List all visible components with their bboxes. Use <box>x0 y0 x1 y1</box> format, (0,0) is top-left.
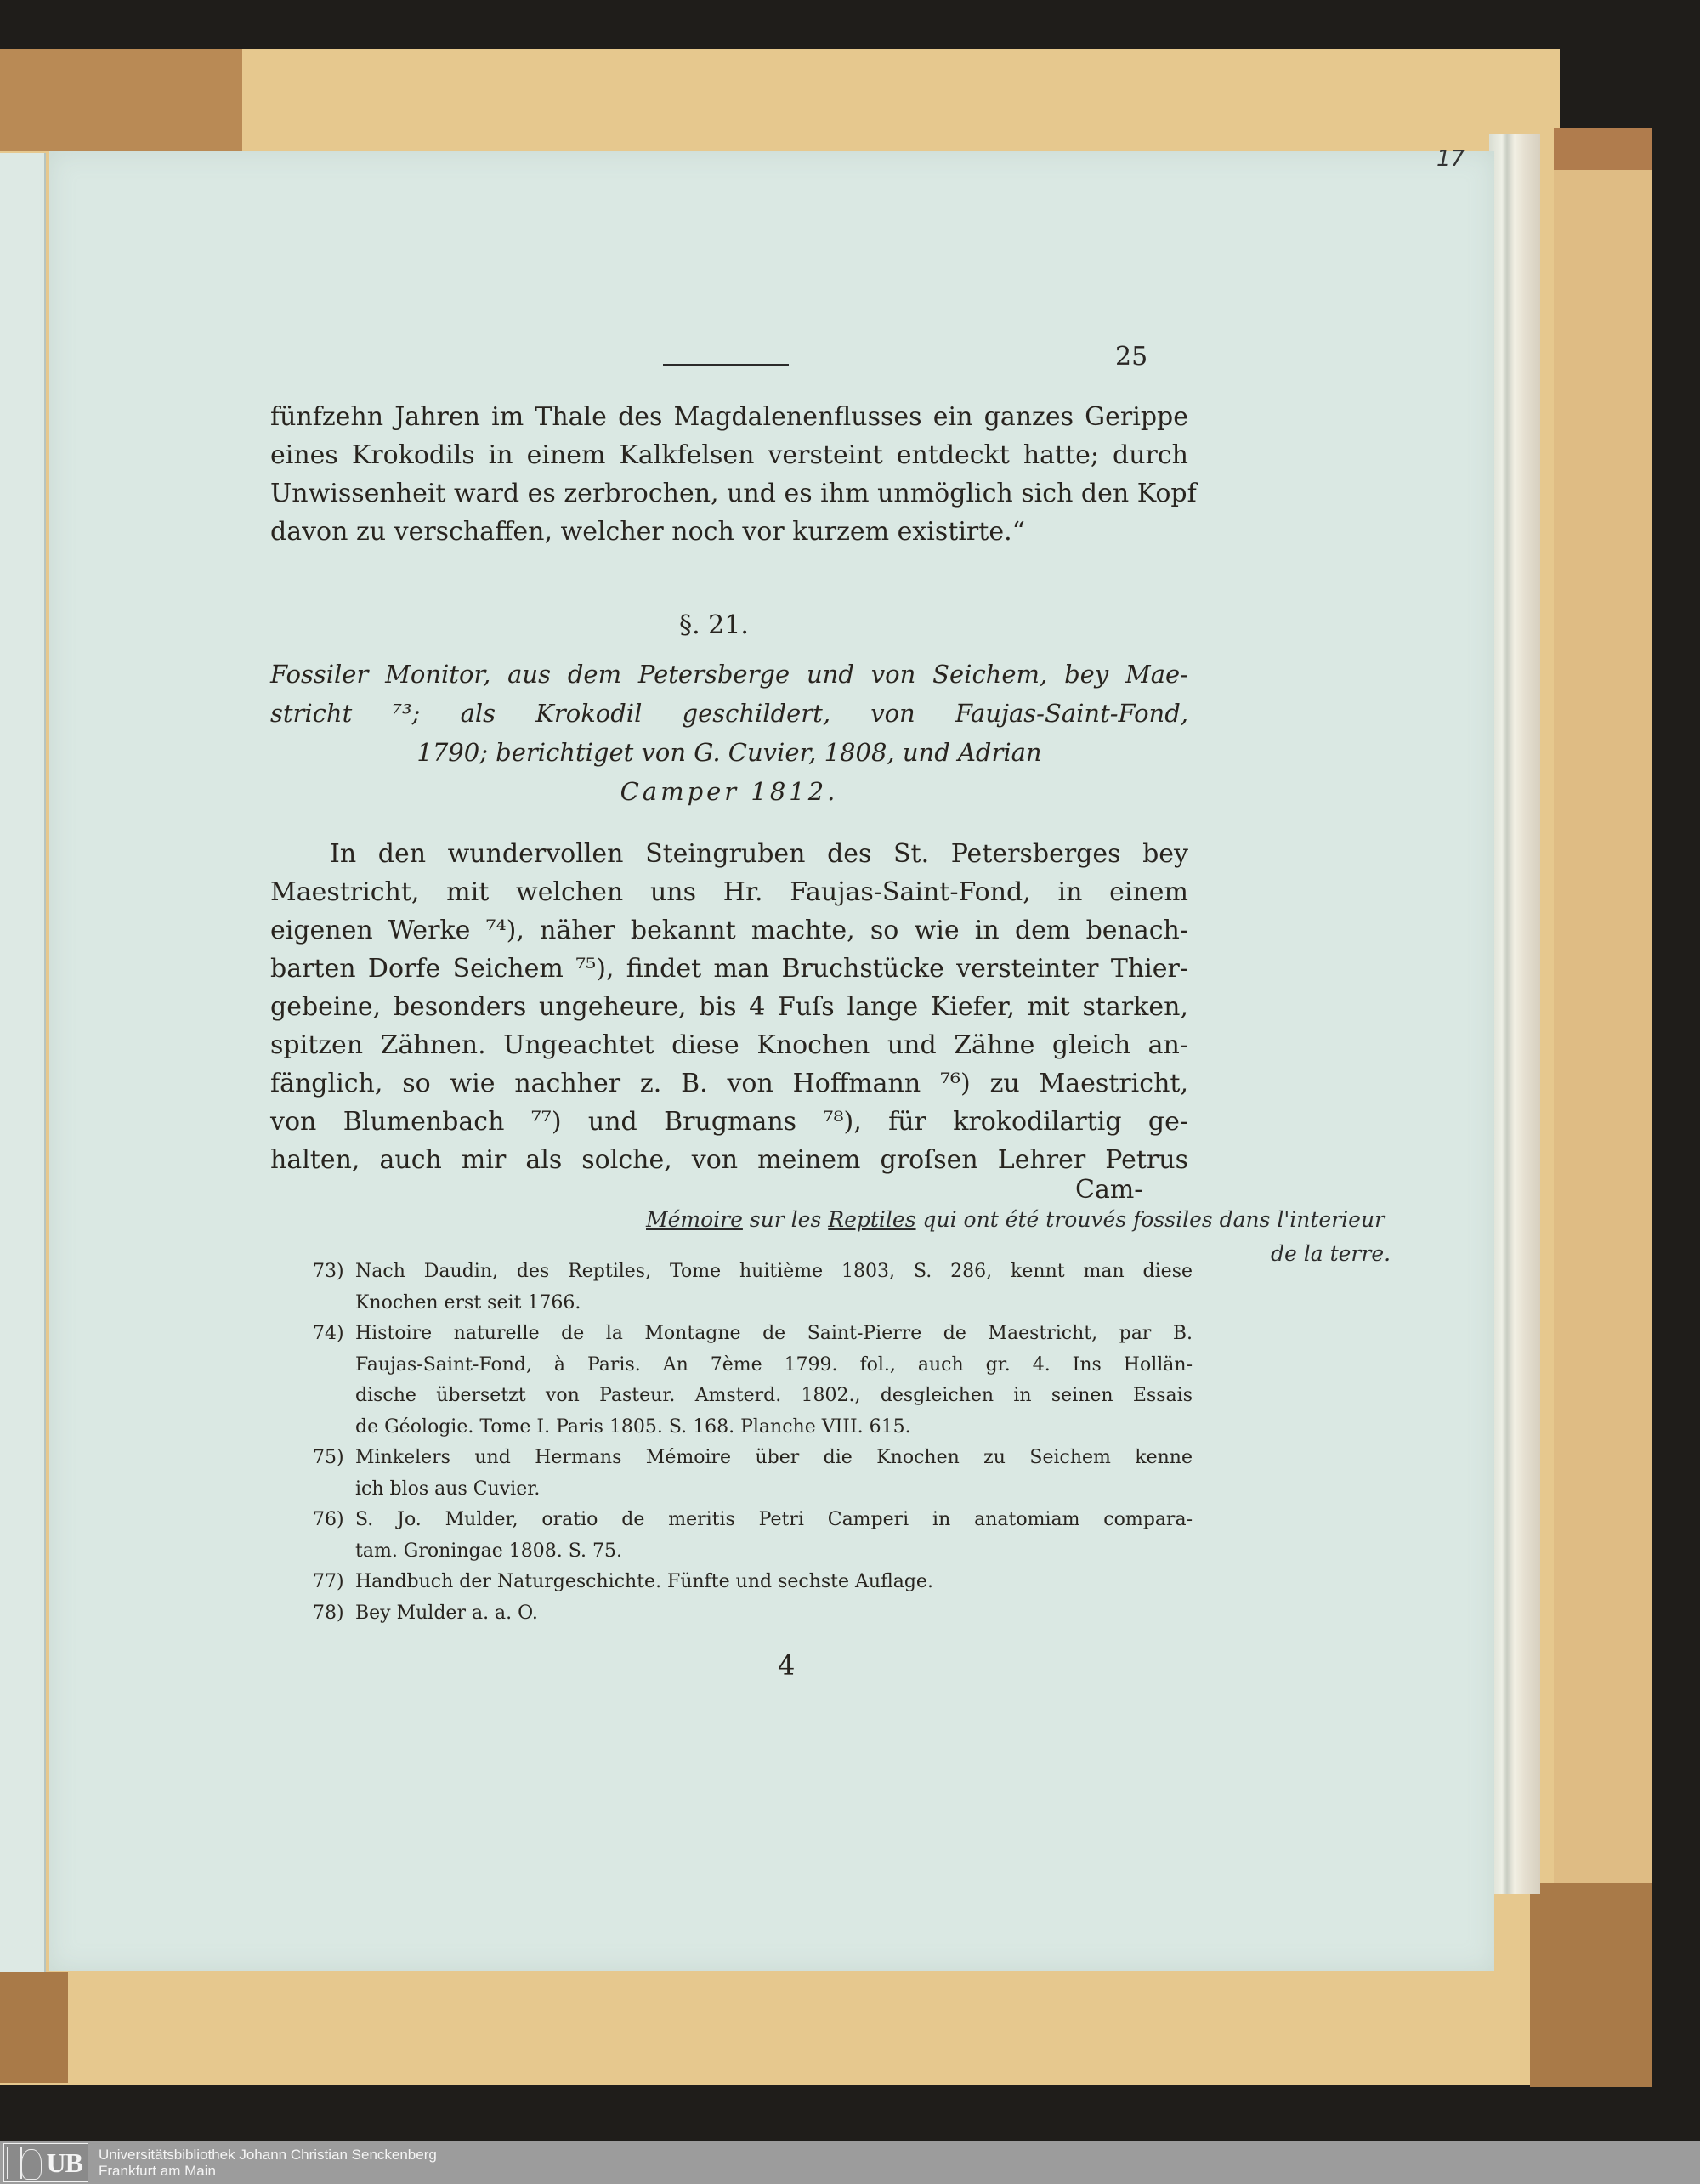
annotation-underlined-word: Reptiles <box>828 1207 915 1232</box>
header-rule <box>663 364 789 366</box>
annotation-text: sur les <box>743 1207 828 1232</box>
left-page-edge <box>0 153 46 1972</box>
text-line: fünfzehn Jahren im Thale des Magdalenenf… <box>270 398 1188 436</box>
footnote-line: tam. Groningae 1808. S. 75. <box>355 1536 1193 1568</box>
footnote-line: Nach Daudin, des Reptiles, Tome huitième… <box>355 1257 1193 1288</box>
footnote-line: Faujas-Saint-Fond, à Paris. An 7ème 1799… <box>355 1350 1193 1381</box>
annotation-underlined-word: Mémoire <box>646 1207 743 1232</box>
library-name-line1: Universitätsbibliothek Johann Christian … <box>99 2147 437 2163</box>
leather-corner-top-right <box>1554 128 1652 170</box>
footnote-line: Knochen erst seit 1766. <box>355 1288 1193 1319</box>
text-line: halten, auch mir als solche, von meinem … <box>270 1141 1188 1179</box>
footnote-77: 77) Handbuch der Naturgeschichte. Fünfte… <box>313 1567 1193 1598</box>
paragraph-main: In den wundervollen Steingruben des St. … <box>270 835 1188 1179</box>
footnote-line: S. Jo. Mulder, oratio de meritis Petri C… <box>355 1505 1193 1536</box>
footnote-75: 75) Minkelers und Hermans Mémoire über d… <box>313 1443 1193 1505</box>
text-line: barten Dorfe Seichem ⁷⁵), findet man Bru… <box>270 950 1188 988</box>
handwritten-folio-number: 17 <box>1436 146 1465 172</box>
footnote-76: 76) S. Jo. Mulder, oratio de meritis Pet… <box>313 1505 1193 1567</box>
text-line: eines Krokodils in einem Kalkfelsen vers… <box>270 436 1188 474</box>
footnotes: 73) Nach Daudin, des Reptiles, Tome huit… <box>313 1257 1193 1629</box>
text-line: fänglich, so wie nachher z. B. von Hoffm… <box>270 1064 1188 1103</box>
footnote-line: de Géologie. Tome I. Paris 1805. S. 168.… <box>355 1412 1193 1444</box>
footnote-number: 76) <box>313 1505 344 1536</box>
library-name-line2: Frankfurt am Main <box>99 2163 437 2179</box>
page-number: 25 <box>1115 342 1147 372</box>
footnote-number: 74) <box>313 1319 344 1350</box>
text-line: gebeine, besonders ungeheure, bis 4 Fuſs… <box>270 988 1188 1026</box>
paragraph-continued: fünfzehn Jahren im Thale des Magdalenenf… <box>270 398 1188 551</box>
footnote-74: 74) Histoire naturelle de la Montagne de… <box>313 1319 1193 1443</box>
text-line: Unwissenheit ward es zerbrochen, und es … <box>270 474 1188 513</box>
cover-right-edge <box>1554 162 1652 1921</box>
heading-line: 1790; berichtiget von G. Cuvier, 1808, u… <box>270 733 1188 772</box>
footnote-73: 73) Nach Daudin, des Reptiles, Tome huit… <box>313 1257 1193 1319</box>
footnote-line: Minkelers und Hermans Mémoire über die K… <box>355 1443 1193 1474</box>
text-line: eigenen Werke ⁷⁴), näher bekannt machte,… <box>270 911 1188 950</box>
footnote-line: dische übersetzt von Pasteur. Amsterd. 1… <box>355 1381 1193 1412</box>
columns-icon <box>7 2147 22 2179</box>
portrait-icon <box>21 2149 42 2180</box>
ub-logo: UB <box>3 2143 88 2182</box>
leather-corner-bottom-right <box>1530 1883 1652 2087</box>
signature-mark: 4 <box>778 1649 795 1682</box>
footnote-number: 77) <box>313 1567 344 1598</box>
heading-line: Fossiler Monitor, aus dem Petersberge un… <box>270 655 1188 694</box>
heading-line: Camper 1812. <box>270 772 1188 811</box>
text-line: Maestricht, mit welchen uns Hr. Faujas-S… <box>270 873 1188 911</box>
footnote-number: 73) <box>313 1257 344 1288</box>
footnote-line: Histoire naturelle de la Montagne de Sai… <box>355 1319 1193 1350</box>
library-name: Universitätsbibliothek Johann Christian … <box>99 2147 437 2179</box>
catchword: Cam- <box>1075 1175 1142 1205</box>
section-heading: Fossiler Monitor, aus dem Petersberge un… <box>270 655 1188 811</box>
section-number: §. 21. <box>629 610 799 640</box>
footnote-line: ich blos aus Cuvier. <box>355 1474 1193 1506</box>
footnote-number: 78) <box>313 1598 344 1630</box>
library-credit-bar: UB Universitätsbibliothek Johann Christi… <box>0 2141 1700 2184</box>
text-line: spitzen Zähnen. Ungeachtet diese Knochen… <box>270 1026 1188 1064</box>
footnote-line: Bey Mulder a. a. O. <box>355 1598 1193 1630</box>
leather-spine-bottom <box>0 1972 68 2083</box>
footnote-line: Handbuch der Naturgeschichte. Fünfte und… <box>355 1567 1193 1598</box>
logo-text: UB <box>47 2147 82 2179</box>
footnote-78: 78) Bey Mulder a. a. O. <box>313 1598 1193 1630</box>
text-line: In den wundervollen Steingruben des St. … <box>270 835 1188 873</box>
leather-spine-top <box>0 49 242 151</box>
text-line: von Blumenbach ⁷⁷) und Brugmans ⁷⁸), für… <box>270 1103 1188 1141</box>
page-stack-edges <box>1489 134 1540 1894</box>
text-line: davon zu verschaffen, welcher noch vor k… <box>270 513 1188 551</box>
annotation-text: qui ont été trouvés fossiles dans l'inte… <box>916 1207 1385 1232</box>
footnote-number: 75) <box>313 1443 344 1474</box>
annotation-line: de la terre. <box>1271 1241 1391 1266</box>
annotation-line: Mémoire sur les Reptiles qui ont été tro… <box>646 1207 1385 1232</box>
heading-line: stricht ⁷³; als Krokodil geschildert, vo… <box>270 694 1188 733</box>
